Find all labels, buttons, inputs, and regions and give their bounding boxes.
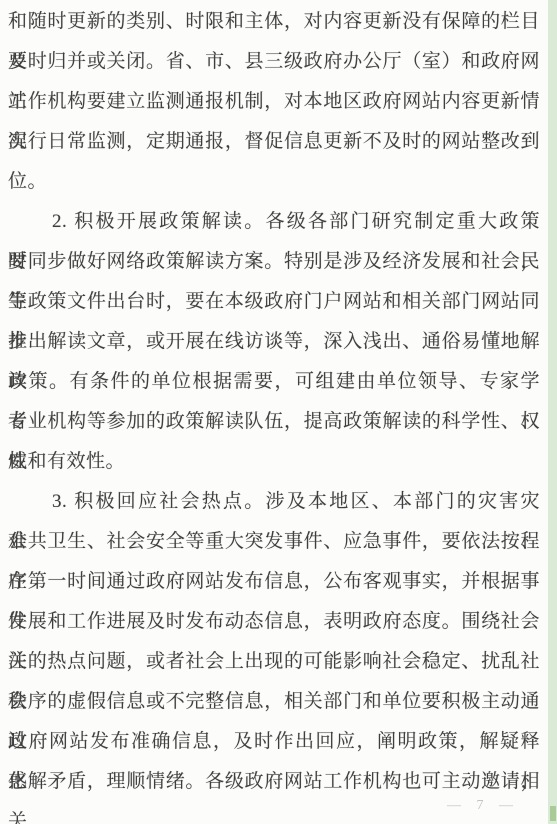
text-line: 3. 积极回应社会热点。涉及本地区、本部门的灾害灾难、 [8,482,540,522]
text-line: 性和有效性。 [8,442,540,482]
text-line: 实行日常监测，定期通报，督促信息更新不及时的网站整改到 [8,122,540,162]
text-line: 推出解读文章，或开展在线访谈等，深入浅出、通俗易懂地解读 [8,322,540,362]
document-text-block: 和随时更新的类别、时限和主体，对内容更新没有保障的栏目要及时归并或关闭。省、市、… [8,2,540,802]
scan-edge-artifact [548,0,557,824]
text-line: 政策。有条件的单位根据需要，可组建由单位领导、专家学者、 [8,362,540,402]
text-line: 注的热点问题，或者社会上出现的可能影响社会稳定、扰乱社会 [8,642,540,682]
text-line: 及时归并或关闭。省、市、县三级政府办公厅（室）和政府网站 [8,42,540,82]
document-page: 和随时更新的类别、时限和主体，对内容更新没有保障的栏目要及时归并或关闭。省、市、… [0,0,557,824]
text-line: 位。 [8,162,540,202]
scan-corner-artifact [550,806,556,821]
text-line: 专业机构等参加的政策解读队伍，提高政策解读的科学性、权威 [8,402,540,442]
text-line: 和随时更新的类别、时限和主体，对内容更新没有保障的栏目要 [8,2,540,42]
text-line: 公共卫生、社会安全等重大突发事件、应急事件，要依法按程序 [8,522,540,562]
page-number: — 7 — [447,798,519,814]
text-line: 发展和工作进展及时发布动态信息，表明政府态度。围绕社会关 [8,602,540,642]
text-line: 等政策文件出台时，要在本级政府门户网站和相关部门网站同步 [8,282,540,322]
text-line: 要同步做好网络政策解读方案。特别是涉及经济发展和社会民生 [8,242,540,282]
text-line: 政府网站发布准确信息，及时作出回应，阐明政策，解疑释惑， [8,722,540,762]
text-line: 化解矛盾，理顺情绪。各级政府网站工作机构也可主动邀请相关 [8,762,540,802]
text-line: 在第一时间通过政府网站发布信息，公布客观事实，并根据事件 [8,562,540,602]
text-line: 工作机构要建立监测通报机制，对本地区政府网站内容更新情况 [8,82,540,122]
text-line: 2. 积极开展政策解读。各级各部门研究制定重大政策时， [8,202,540,242]
text-line: 秩序的虚假信息或不完整信息，相关部门和单位要积极主动通过 [8,682,540,722]
